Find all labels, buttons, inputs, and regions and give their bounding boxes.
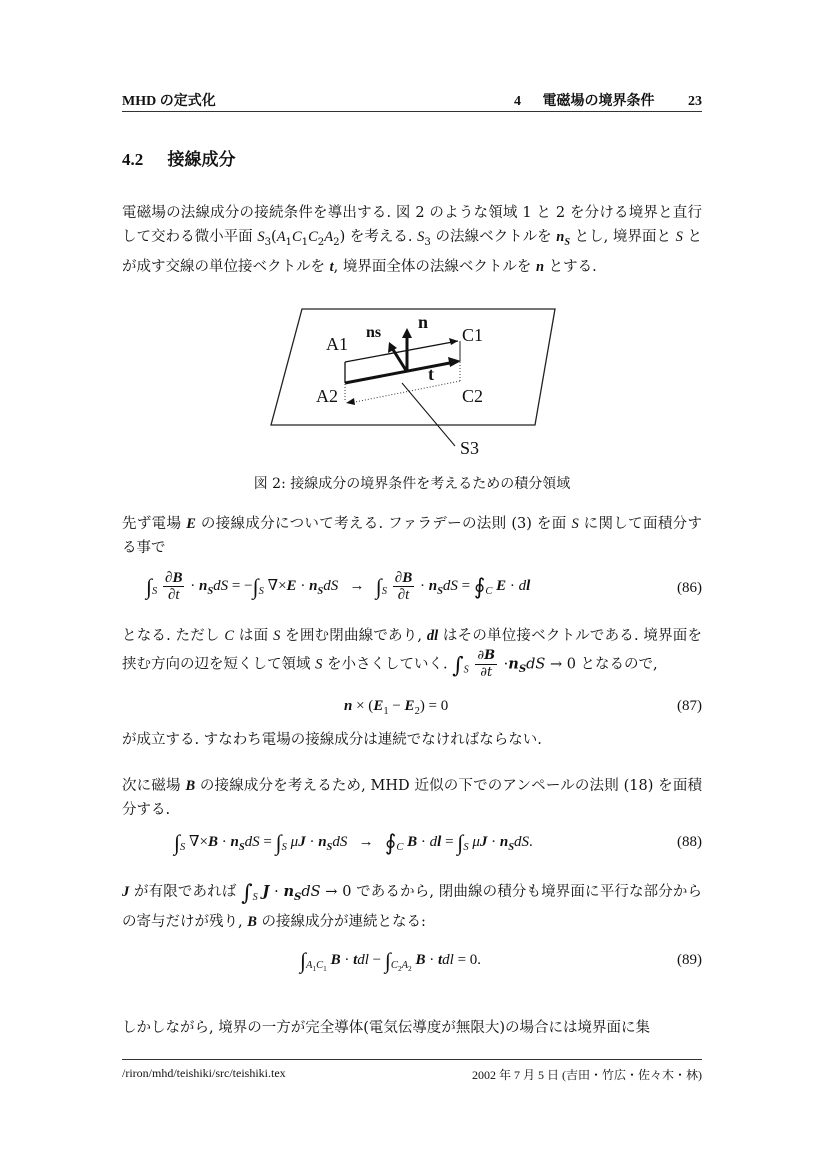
label-A1: A1	[326, 334, 348, 355]
equation-87: n × (E1 − E2) = 0 (87)	[122, 698, 702, 720]
footer-date-authors: 2002 年 7 月 5 日 (吉田・竹広・佐々木・林)	[472, 1066, 702, 1083]
paragraph-4: が成立する. すなわち電場の接線成分は連続でなければならない.	[122, 728, 702, 752]
label-S3: S3	[460, 438, 479, 459]
paragraph-3: となる. ただし C は面 S を囲む閉曲線であり, dl はその単位接ベクトル…	[122, 624, 702, 682]
equation-number-87: (87)	[677, 698, 702, 715]
label-ns: ns	[366, 324, 381, 342]
footer-file-path: /riron/mhd/teishiki/src/teishiki.tex	[122, 1066, 286, 1081]
label-A2: A2	[316, 386, 338, 407]
label-C2: C2	[462, 386, 483, 407]
equation-88: ∫S ∇×B · nSdS = ∫S μJ · nSdS → ∮C B · dl…	[122, 830, 702, 864]
equation-86-body: ∫S ∂B∂t · nSdS = −∫S ∇×E · nSdS → ∫S ∂B∂…	[146, 570, 530, 603]
figure-integration-region	[0, 0, 826, 470]
paragraph-2: 先ず電場 E の接線成分について考える. ファラデーの法則 (3) を面 S に…	[122, 512, 702, 560]
equation-89: ∫A1C1 B · tdl − ∫C2A2 B · tdl = 0. (89)	[122, 948, 702, 982]
paragraph-5: 次に磁場 B の接線成分を考えるため, MHD 近似の下でのアンペールの法則 (…	[122, 774, 702, 822]
equation-88-body: ∫S ∇×B · nSdS = ∫S μJ · nSdS → ∮C B · dl…	[174, 830, 533, 856]
label-t: t	[428, 364, 434, 385]
label-n: n	[418, 312, 428, 333]
paragraph-6: J が有限であれば ∫S J · nSdS → 0 であるから, 閉曲線の積分も…	[122, 880, 702, 934]
equation-89-body: ∫A1C1 B · tdl − ∫C2A2 B · tdl = 0.	[300, 948, 481, 974]
footer-rule	[122, 1059, 702, 1060]
equation-number-86: (86)	[677, 580, 702, 597]
equation-86: ∫S ∂B∂t · nSdS = −∫S ∇×E · nSdS → ∫S ∂B∂…	[122, 570, 702, 610]
label-C1: C1	[462, 325, 483, 346]
figure-caption: 図 2: 接線成分の境界条件を考えるための積分領域	[122, 473, 702, 493]
equation-number-88: (88)	[677, 834, 702, 851]
paragraph-7: しかしながら, 境界の一方が完全導体(電気伝導度が無限大)の場合には境界面に集	[122, 1016, 702, 1040]
equation-87-body: n × (E1 − E2) = 0	[344, 698, 448, 717]
equation-number-89: (89)	[677, 952, 702, 969]
